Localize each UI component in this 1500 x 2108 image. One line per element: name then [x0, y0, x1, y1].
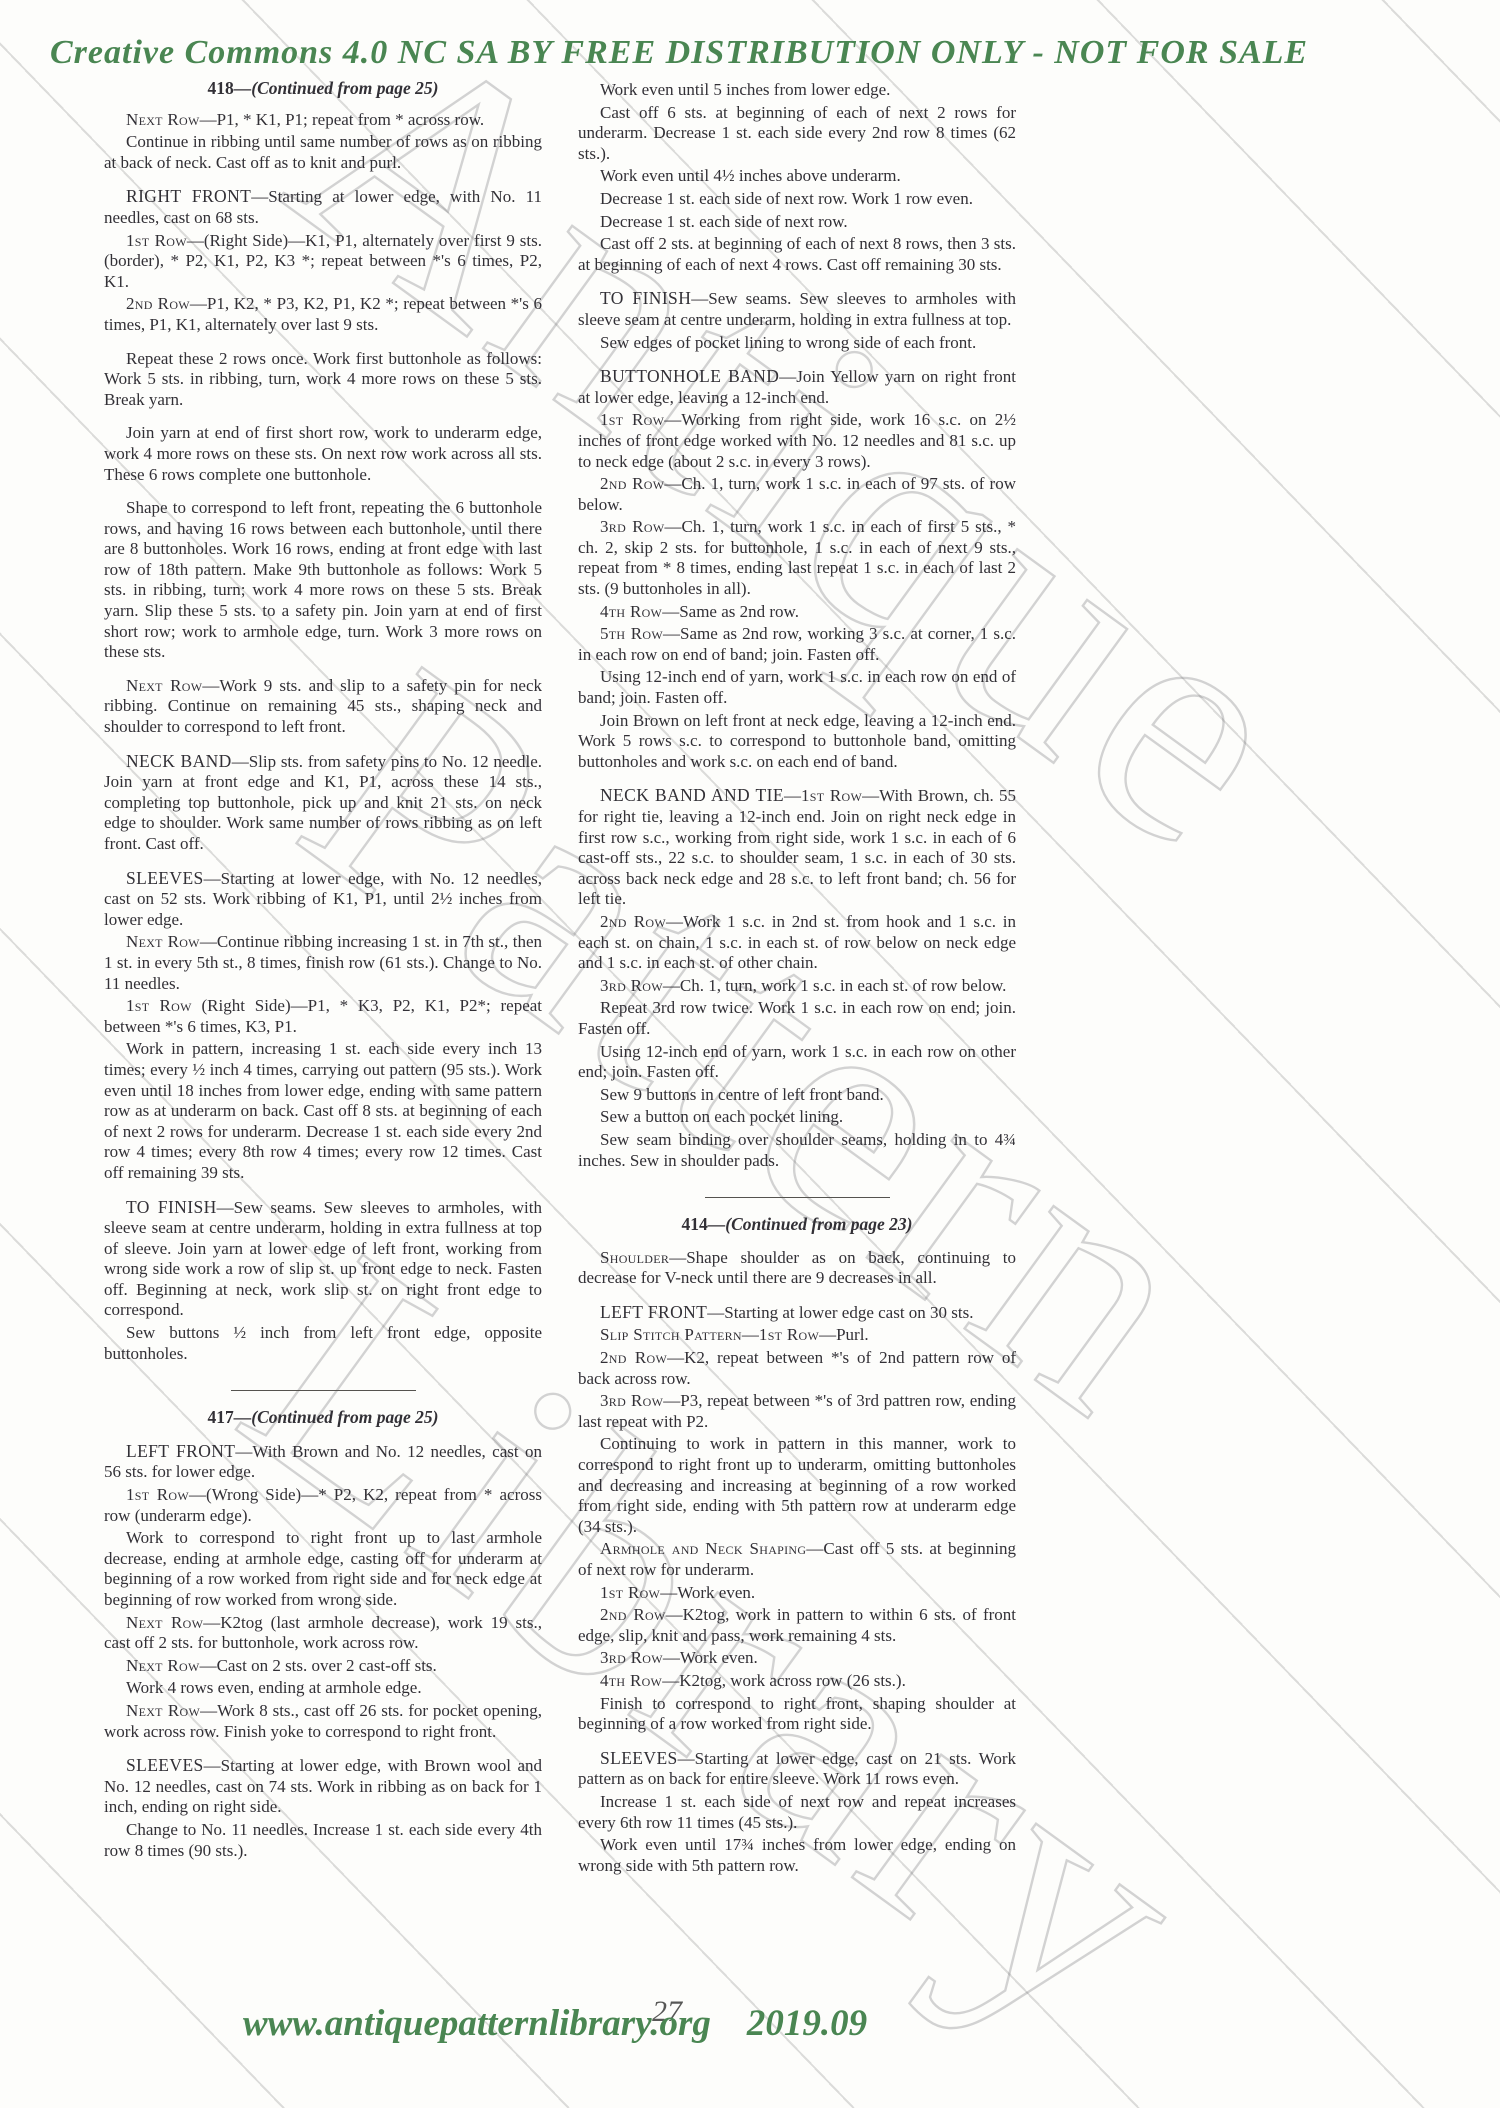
- paragraph: Sew a button on each pocket lining.: [578, 1107, 1016, 1128]
- paragraph: NECK BAND AND TIE—1st Row—With Brown, ch…: [578, 785, 1016, 910]
- paragraph: TO FINISH—Sew seams. Sew sleeves to armh…: [104, 1197, 542, 1322]
- paragraph: Next Row—Continue ribbing increasing 1 s…: [104, 932, 542, 994]
- section-number: 418: [208, 78, 234, 98]
- section-title: 418—(Continued from page 25): [104, 78, 542, 99]
- paragraph: Cast off 6 sts. at beginning of each of …: [578, 103, 1016, 165]
- paragraph: 2nd Row—Work 1 s.c. in 2nd st. from hook…: [578, 912, 1016, 974]
- section-continued-note: —(Continued from page 25): [234, 78, 439, 98]
- paragraph: Work even until 17¾ inches from lower ed…: [578, 1835, 1016, 1876]
- paragraph: Work to correspond to right front up to …: [104, 1528, 542, 1610]
- paragraph: SLEEVES—Starting at lower edge, with Bro…: [104, 1755, 542, 1818]
- paragraph: Work even until 5 inches from lower edge…: [578, 80, 1016, 101]
- paragraph: BUTTONHOLE BAND—Join Yellow yarn on righ…: [578, 366, 1016, 408]
- paragraph: 1st Row—Work even.: [578, 1583, 1016, 1604]
- paragraph: 3rd Row—Ch. 1, turn, work 1 s.c. in each…: [578, 976, 1016, 997]
- paragraph: Using 12-inch end of yarn, work 1 s.c. i…: [578, 667, 1016, 708]
- section-title: 417—(Continued from page 25): [104, 1407, 542, 1428]
- paragraph: 1st Row (Right Side)—P1, * K3, P2, K1, P…: [104, 996, 542, 1037]
- paragraph: 1st Row—Working from right side, work 16…: [578, 410, 1016, 472]
- paragraph: 4th Row—Same as 2nd row.: [578, 602, 1016, 623]
- section-continued-note: —(Continued from page 25): [234, 1407, 439, 1427]
- paragraph: Using 12-inch end of yarn, work 1 s.c. i…: [578, 1042, 1016, 1083]
- section-title: 414—(Continued from page 23): [578, 1214, 1016, 1235]
- paragraph: Continue in ribbing until same number of…: [104, 132, 542, 173]
- paragraph: Work 4 rows even, ending at armhole edge…: [104, 1678, 542, 1699]
- paragraph: 5th Row—Same as 2nd row, working 3 s.c. …: [578, 624, 1016, 665]
- scanned-page: Antique Pattern Library Creative Commons…: [0, 0, 1500, 2108]
- paragraph: Sew buttons ½ inch from left front edge,…: [104, 1323, 542, 1364]
- section-number: 417: [208, 1407, 234, 1427]
- paragraph: Next Row—P1, * K1, P1; repeat from * acr…: [104, 110, 542, 131]
- paragraph: Decrease 1 st. each side of next row. Wo…: [578, 189, 1016, 210]
- footer: www.antiquepatternlibrary.org2019.09: [50, 2002, 1060, 2045]
- license-banner: Creative Commons 4.0 NC SA BY FREE DISTR…: [50, 34, 1060, 72]
- paragraph: 3rd Row—Ch. 1, turn, work 1 s.c. in each…: [578, 517, 1016, 599]
- section-divider: [231, 1390, 416, 1391]
- paragraph: 3rd Row—P3, repeat between *'s of 3rd pa…: [578, 1391, 1016, 1432]
- paragraph: Repeat 3rd row twice. Work 1 s.c. in eac…: [578, 998, 1016, 1039]
- paragraph: LEFT FRONT—With Brown and No. 12 needles…: [104, 1441, 542, 1483]
- paragraph: Continuing to work in pattern in this ma…: [578, 1434, 1016, 1537]
- paragraph: Armhole and Neck Shaping—Cast off 5 sts.…: [578, 1539, 1016, 1580]
- paragraph: 2nd Row—K2tog, work in pattern to within…: [578, 1605, 1016, 1646]
- paragraph: Shoulder—Shape shoulder as on back, cont…: [578, 1248, 1016, 1289]
- paragraph: Next Row—Work 9 sts. and slip to a safet…: [104, 676, 542, 738]
- paragraph: 1st Row—(Wrong Side)—* P2, K2, repeat fr…: [104, 1485, 542, 1526]
- paragraph: 2nd Row—K2, repeat between *'s of 2nd pa…: [578, 1348, 1016, 1389]
- paragraph: Slip Stitch Pattern—1st Row—Purl.: [578, 1325, 1016, 1346]
- paragraph: Increase 1 st. each side of next row and…: [578, 1792, 1016, 1833]
- paragraph: NECK BAND—Slip sts. from safety pins to …: [104, 751, 542, 855]
- paragraph: 1st Row—(Right Side)—K1, P1, alternately…: [104, 231, 542, 293]
- section-number: 414: [682, 1214, 708, 1234]
- paragraph: Sew seam binding over shoulder seams, ho…: [578, 1130, 1016, 1171]
- paragraph: Finish to correspond to right front, sha…: [578, 1694, 1016, 1735]
- paragraph: Join Brown on left front at neck edge, l…: [578, 711, 1016, 773]
- paragraph: Repeat these 2 rows once. Work first but…: [104, 349, 542, 411]
- paragraph: Work even until 4½ inches above underarm…: [578, 166, 1016, 187]
- text-column-right: Work even until 5 inches from lower edge…: [578, 78, 1016, 1876]
- paragraph: Next Row—Work 8 sts., cast off 26 sts. f…: [104, 1701, 542, 1742]
- footer-url: www.antiquepatternlibrary.org: [243, 2003, 711, 2044]
- paragraph: TO FINISH—Sew seams. Sew sleeves to armh…: [578, 288, 1016, 330]
- paragraph: Sew 9 buttons in centre of left front ba…: [578, 1085, 1016, 1106]
- section-divider: [705, 1197, 890, 1198]
- paragraph: Change to No. 11 needles. Increase 1 st.…: [104, 1820, 542, 1861]
- paragraph: 4th Row—K2tog, work across row (26 sts.)…: [578, 1671, 1016, 1692]
- paragraph: 2nd Row—Ch. 1, turn, work 1 s.c. in each…: [578, 474, 1016, 515]
- paragraph: SLEEVES—Starting at lower edge, cast on …: [578, 1748, 1016, 1790]
- paragraph: Sew edges of pocket lining to wrong side…: [578, 333, 1016, 354]
- paragraph: LEFT FRONT—Starting at lower edge cast o…: [578, 1302, 1016, 1324]
- paragraph: Join yarn at end of first short row, wor…: [104, 423, 542, 485]
- paragraph: RIGHT FRONT—Starting at lower edge, with…: [104, 186, 542, 228]
- paragraph: Next Row—Cast on 2 sts. over 2 cast-off …: [104, 1656, 542, 1677]
- footer-edition: 2019.09: [747, 2003, 867, 2044]
- paragraph: Work in pattern, increasing 1 st. each s…: [104, 1039, 542, 1183]
- text-column-left: 418—(Continued from page 25)Next Row—P1,…: [104, 78, 542, 1861]
- paragraph: Decrease 1 st. each side of next row.: [578, 212, 1016, 233]
- paragraph: Shape to correspond to left front, repea…: [104, 498, 542, 663]
- paragraph: 2nd Row—P1, K2, * P3, K2, P1, K2 *; repe…: [104, 294, 542, 335]
- paragraph: SLEEVES—Starting at lower edge, with No.…: [104, 868, 542, 931]
- paragraph: Cast off 2 sts. at beginning of each of …: [578, 234, 1016, 275]
- paragraph: Next Row—K2tog (last armhole decrease), …: [104, 1613, 542, 1654]
- section-continued-note: —(Continued from page 23): [708, 1214, 913, 1234]
- paragraph: 3rd Row—Work even.: [578, 1648, 1016, 1669]
